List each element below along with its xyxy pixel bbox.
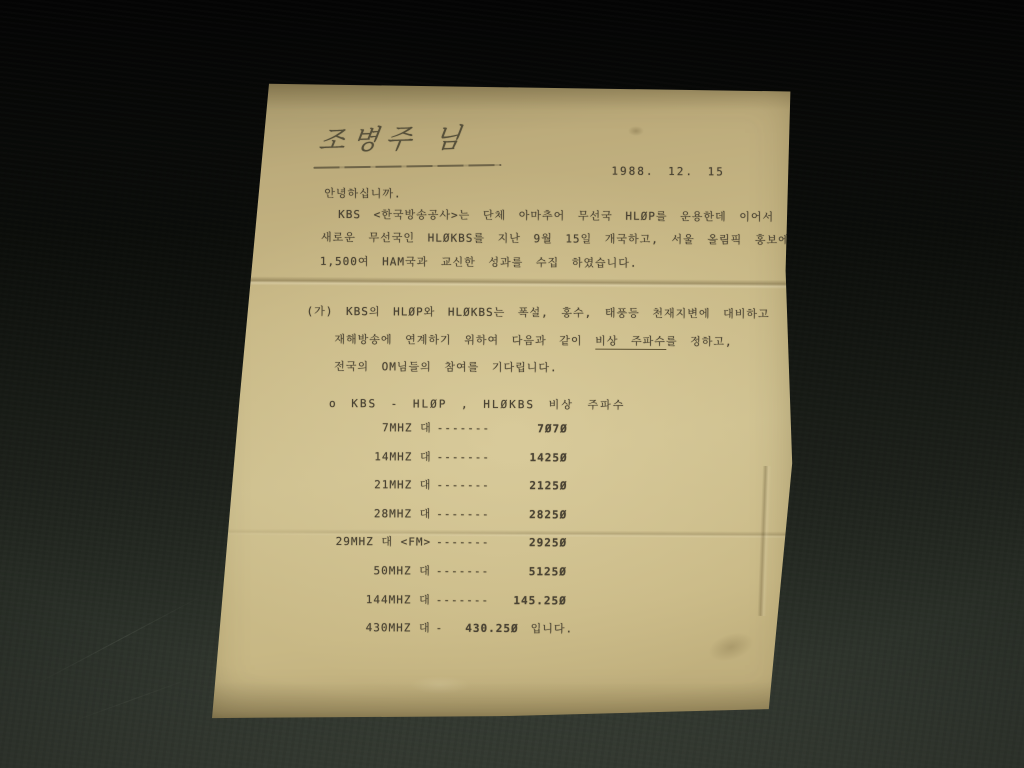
recipient-name-handwritten: 조병주 님: [317, 116, 471, 158]
frequency-value: 5125Ø: [489, 565, 567, 578]
date-text: 1988. 12. 15: [611, 165, 725, 179]
leader-dashes: -----------: [431, 536, 489, 549]
frequency-row-144mhz: 144MHZ 대 ----------------- 145.25Ø: [315, 590, 567, 620]
frequency-row-50mhz: 50MHZ 대 ------------- --- 5125Ø: [315, 562, 567, 592]
letter-content: 조병주 님 1988. 12. 15 안녕하십니까. KBS <한국방송공사>는…: [198, 76, 802, 722]
frequency-value: 7Ø7Ø: [490, 422, 568, 435]
letter-paper: 조병주 님 1988. 12. 15 안녕하십니까. KBS <한국방송공사>는…: [200, 78, 800, 720]
leader-dashes: ------------- ---: [431, 565, 489, 578]
section-ga-line-1: (가) KBS의 HLØP와 HLØKBS는 폭설, 홍수, 태풍등 천재지변에…: [306, 303, 769, 322]
section-ga-line-3: 전국의 OM님들의 참여를 기다립니다.: [334, 358, 558, 375]
leader-dashes: -----------------: [431, 593, 489, 606]
band-label: 29MHZ 대 <FM>: [315, 533, 431, 550]
frequency-table-header: o KBS - HLØP , HLØKBS 비상 주파수: [329, 395, 626, 413]
leader-dashes: -----------------: [431, 622, 441, 635]
frequency-row-7mhz: 7MHZ 대 -------------- 7Ø7Ø: [316, 419, 568, 449]
leader-dashes: --------------: [432, 422, 490, 435]
frequency-value: 2925Ø: [489, 536, 567, 549]
frequency-value: 145.25Ø: [489, 593, 567, 606]
frequency-value: 2825Ø: [489, 508, 567, 521]
intro-line-3: 1,500여 HAM국과 교신한 성과를 수집 하였습니다.: [320, 253, 638, 271]
band-label: 21MHZ 대: [315, 476, 431, 493]
band-label: 7MHZ 대: [316, 419, 432, 436]
frequency-row-14mhz: 14MHZ 대 ----------------- 1425Ø: [316, 447, 568, 477]
band-label: 144MHZ 대: [315, 590, 431, 607]
background-scratch: [64, 676, 196, 725]
frequency-row-29mhz-fm: 29MHZ 대 <FM> ----------- 2925Ø: [315, 533, 567, 563]
band-label: 28MHZ 대: [315, 505, 431, 522]
band-label: 14MHZ 대: [316, 447, 432, 464]
frequency-table: 7MHZ 대 -------------- 7Ø7Ø 14MHZ 대 -----…: [314, 419, 567, 649]
frequency-row-28mhz: 28MHZ 대 ------------ ----- 2825Ø: [315, 505, 567, 535]
band-label: 50MHZ 대: [315, 562, 431, 579]
frequency-value: 430.25Ø: [441, 622, 519, 635]
frequency-row-430mhz: 430MHZ 대 ----------------- 430.25Ø 입니다.: [314, 619, 566, 649]
section-ga-line-2: 재해방송에 연계하기 위하여 다음과 같이 비상 주파수를 정하고,: [334, 331, 732, 349]
frequency-row-21mhz: 21MHZ 대 ----------------- 2125Ø: [315, 476, 567, 506]
recipient-name-underline: [313, 164, 501, 169]
frequency-value: 1425Ø: [490, 451, 568, 464]
background-scratch: [29, 593, 206, 688]
emergency-frequency-underlined: 비상 주파수: [595, 335, 666, 350]
intro-line-1: KBS <한국방송공사>는 단체 아마추어 무선국 HLØP를 운용한데 이어서: [338, 206, 774, 225]
section-ga-line2-pre: 재해방송에 연계하기 위하여 다음과 같이: [334, 333, 595, 348]
photo-of-letter: 조병주 님 1988. 12. 15 안녕하십니까. KBS <한국방송공사>는…: [0, 0, 1024, 768]
frequency-value: 2125Ø: [489, 479, 567, 492]
greeting-text: 안녕하십니까.: [324, 185, 401, 201]
closing-word: 입니다.: [531, 620, 574, 636]
section-ga-line2-post: 를 정하고,: [666, 335, 733, 348]
leader-dashes: -----------------: [432, 450, 490, 463]
intro-line-2: 새로운 무선국인 HLØKBS를 지난 9월 15일 개국하고, 서울 올림픽 …: [321, 229, 790, 248]
leader-dashes: -----------------: [431, 479, 489, 492]
band-label: 430MHZ 대: [315, 619, 431, 636]
leader-dashes: ------------ -----: [431, 507, 489, 520]
